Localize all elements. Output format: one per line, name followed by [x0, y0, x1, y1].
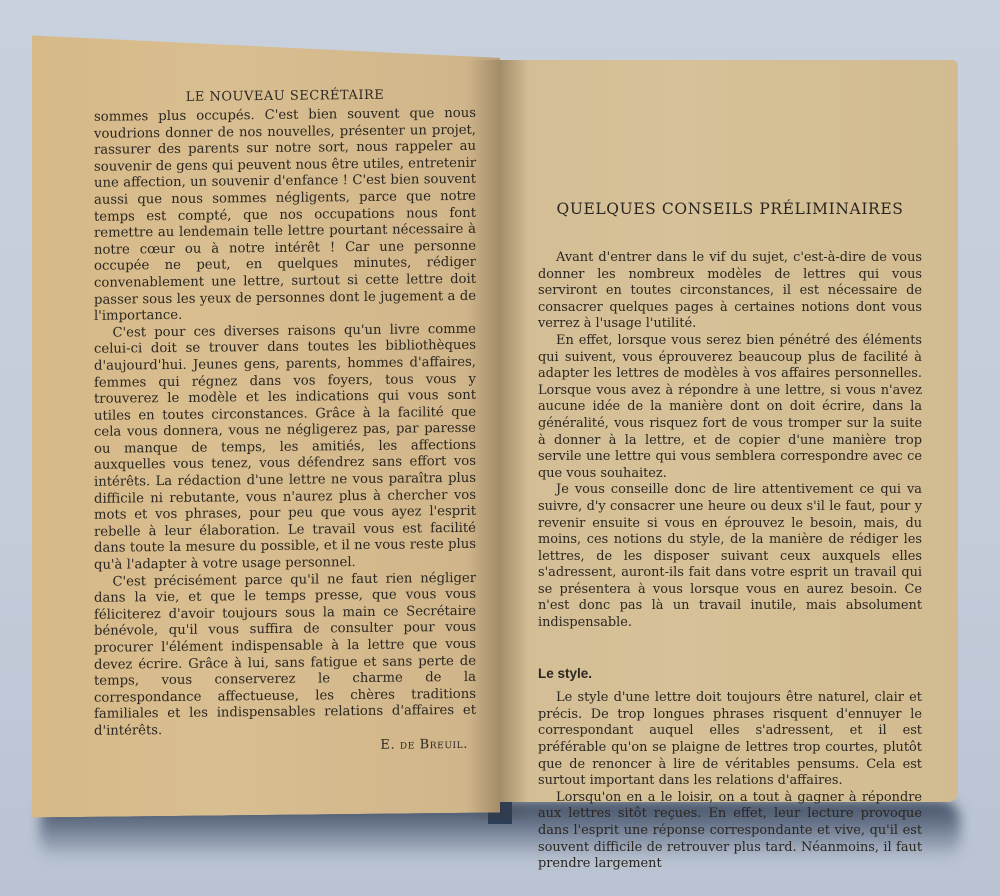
- left-page: LE NOUVEAU SECRÉTAIRE sommes plus occupé…: [32, 31, 500, 818]
- right-page: QUELQUES CONSEILS PRÉLIMINAIRES Avant d'…: [500, 60, 958, 802]
- paragraph: En effet, lorsque vous serez bien pénétr…: [538, 333, 922, 482]
- paragraph: Je vous conseille donc de lire attentive…: [538, 482, 922, 631]
- section-title: Le style.: [538, 666, 922, 683]
- paragraph: C'est précisément parce qu'il ne faut ri…: [94, 570, 476, 740]
- paragraph: Lorsqu'on en a le loisir, on a tout à ga…: [538, 790, 922, 873]
- right-page-body: Avant d'entrer dans le vif du sujet, c'e…: [538, 250, 922, 873]
- left-page-body: sommes plus occupés. C'est bien souvent …: [94, 106, 476, 741]
- paragraph: sommes plus occupés. C'est bien souvent …: [94, 106, 476, 326]
- paragraph: Avant d'entrer dans le vif du sujet, c'e…: [538, 250, 922, 333]
- paragraph: C'est pour ces diverses raisons qu'un li…: [94, 322, 476, 575]
- running-head: LE NOUVEAU SECRÉTAIRE: [94, 87, 476, 106]
- chapter-title: QUELQUES CONSEILS PRÉLIMINAIRES: [538, 200, 922, 218]
- paragraph: Le style d'une lettre doit toujours être…: [538, 690, 922, 790]
